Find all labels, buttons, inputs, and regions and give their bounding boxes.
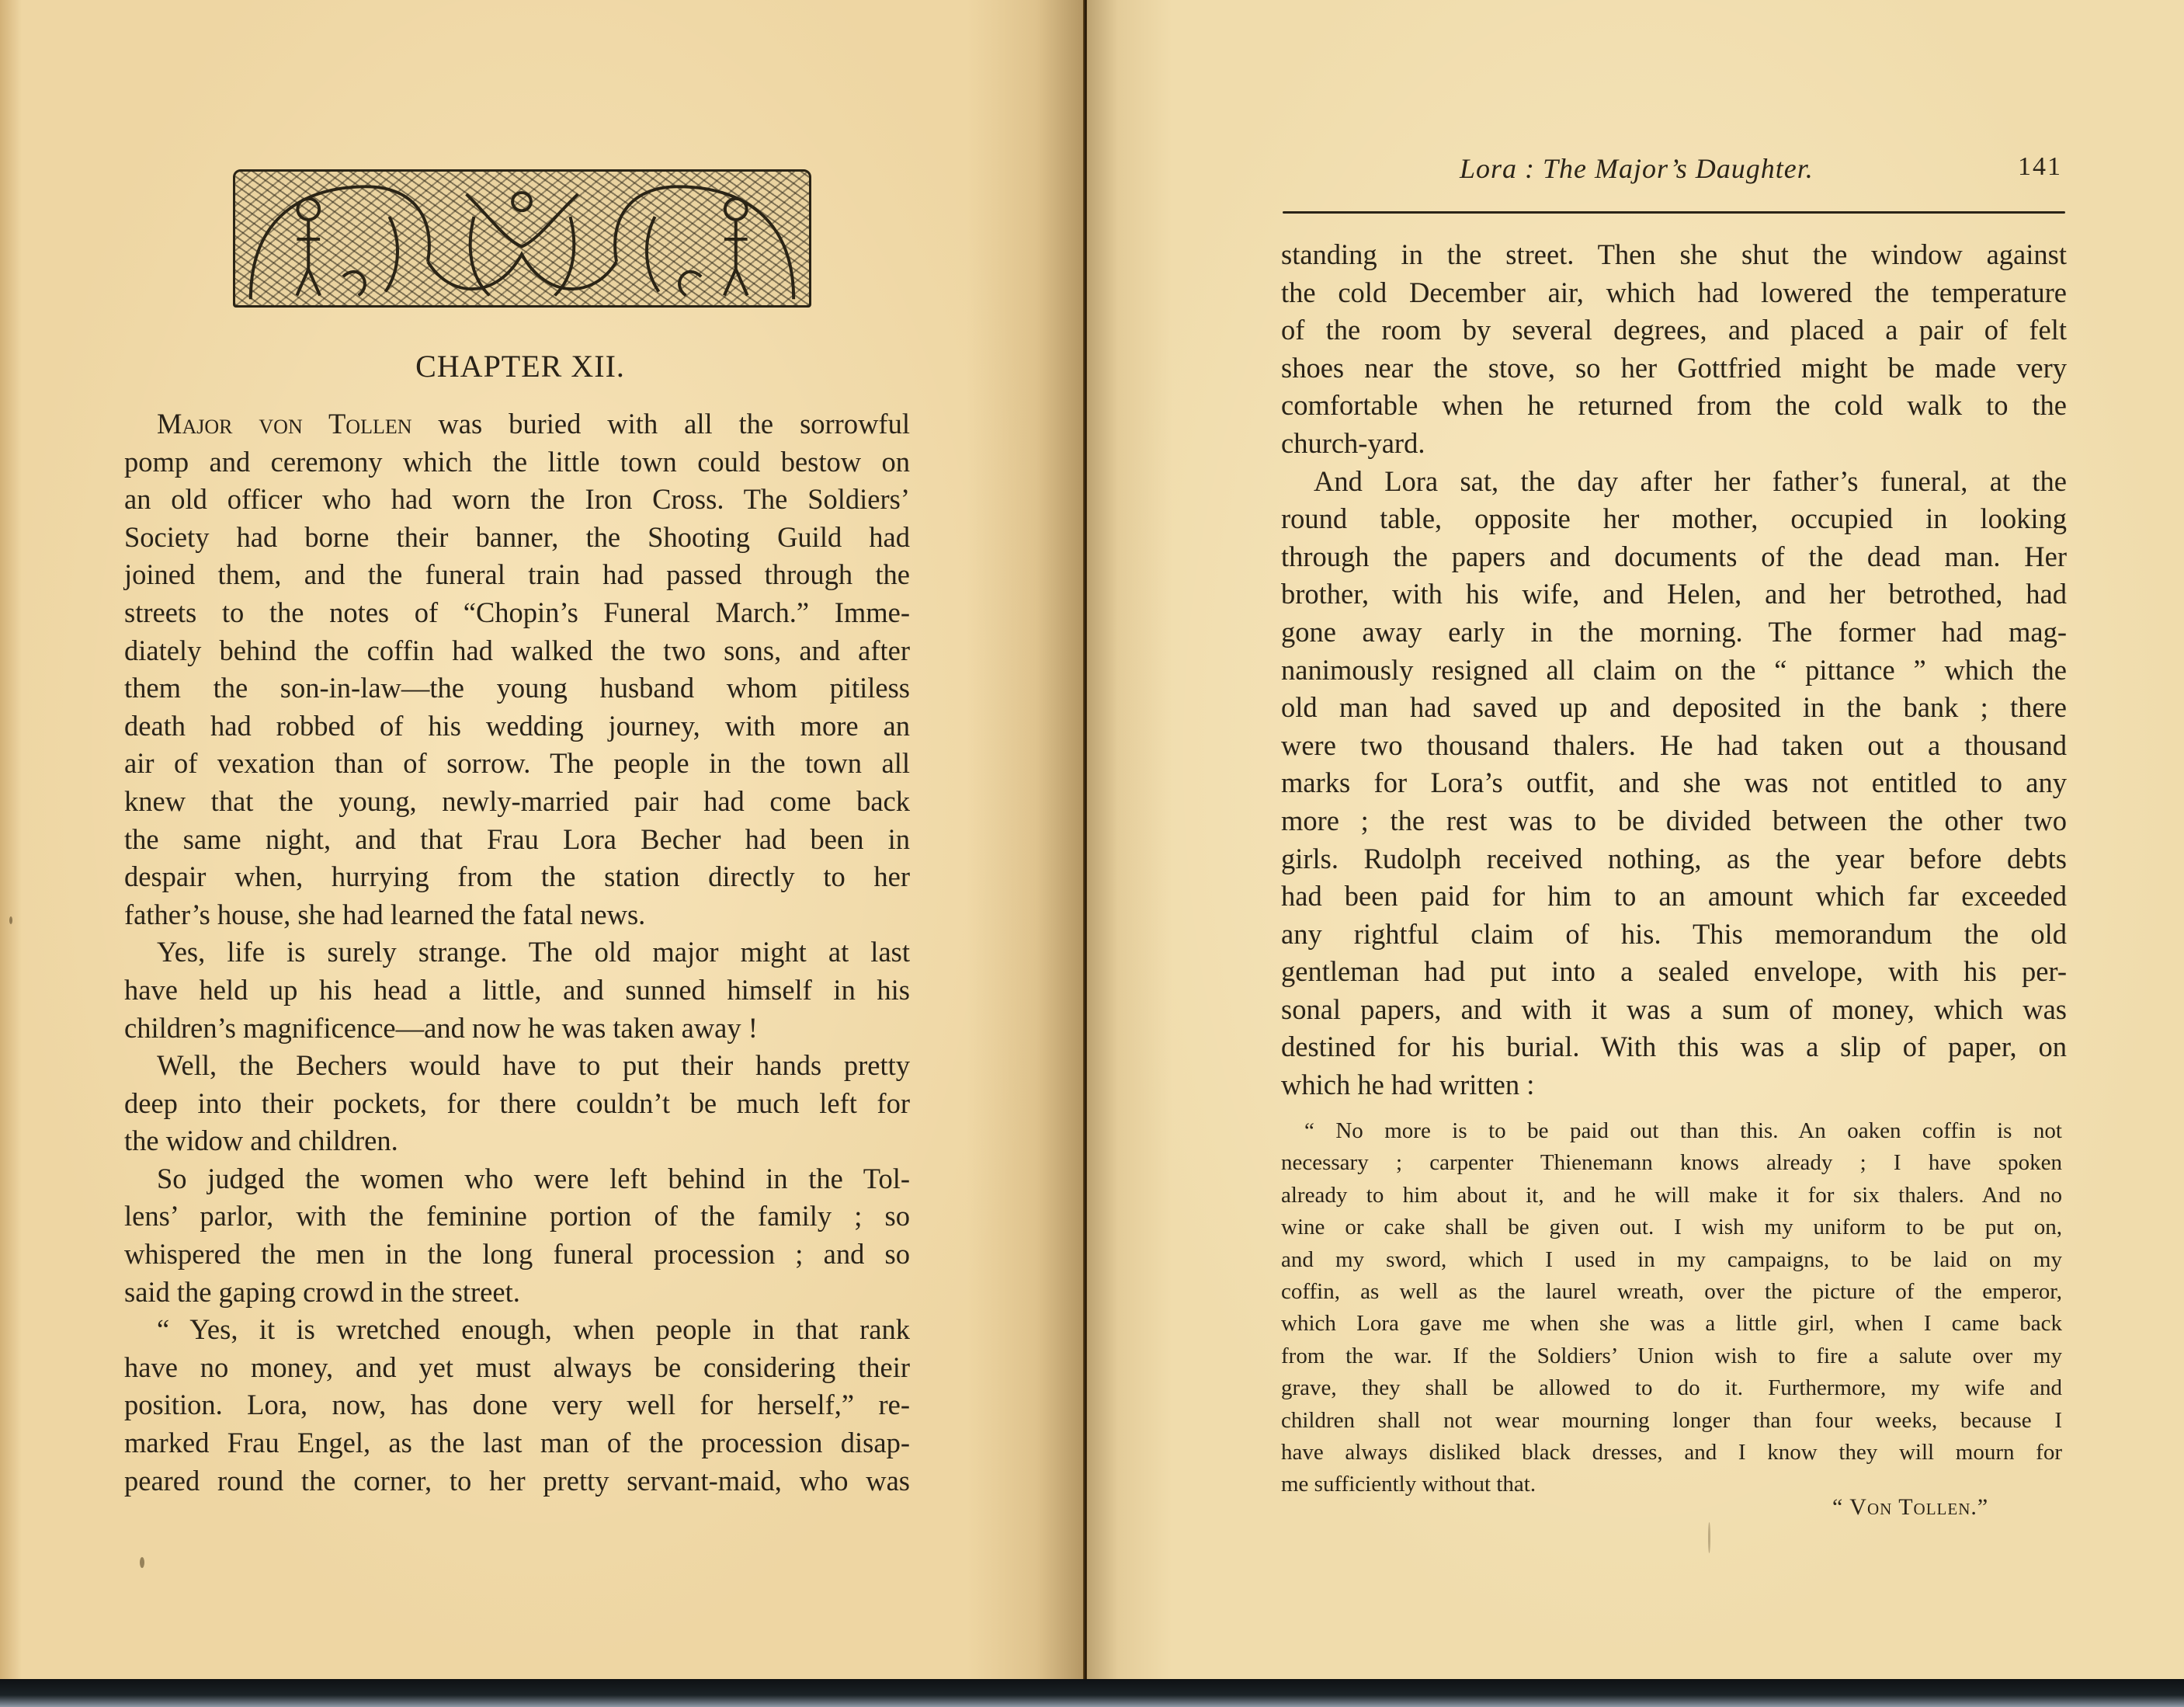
chapter-title: CHAPTER XII. <box>124 348 916 384</box>
running-head: Lora : The Major’s Daughter. 141 <box>1281 152 2067 191</box>
paper-speck <box>9 916 12 924</box>
text-line: joined them, and the funeral train had p… <box>124 556 910 594</box>
text-line: children’s magnificence—and now he was t… <box>124 1010 910 1048</box>
text-line: Major von Tollen was buried with all the… <box>124 405 910 443</box>
text-line: grave, they shall be allowed to do it. F… <box>1281 1372 2062 1404</box>
text-line: the widow and children. <box>124 1122 910 1160</box>
small-caps-lead-in: Major von Tollen <box>157 408 412 440</box>
letter-signature: “ Von Tollen.” <box>1832 1494 1988 1521</box>
text-line: nanimously resigned all claim on the “ p… <box>1281 652 2067 690</box>
text-line: “ No more is to be paid out than this. A… <box>1281 1115 2062 1147</box>
text-line: round table, opposite her mother, occupi… <box>1281 500 2067 538</box>
left-page-body-text: Major von Tollen was buried with all the… <box>124 405 910 1500</box>
text-line: already to him about it, and he will mak… <box>1281 1180 2062 1212</box>
text-line: from the war. If the Soldiers’ Union wis… <box>1281 1340 2062 1372</box>
text-line: pomp and ceremony which the little town … <box>124 443 910 482</box>
text-line: an old officer who had worn the Iron Cro… <box>124 481 910 519</box>
text-line: have no money, and yet must always be co… <box>124 1349 910 1387</box>
text-line: which Lora gave me when she was a little… <box>1281 1308 2062 1340</box>
text-line: more ; the rest was to be divided betwee… <box>1281 802 2067 840</box>
text-line: knew that the young, newly-married pair … <box>124 783 910 821</box>
decorative-headpiece-icon <box>233 169 811 308</box>
cherub-scrollwork-icon <box>235 172 809 305</box>
text-line: girls. Rudolph received nothing, as the … <box>1281 840 2067 878</box>
header-rule <box>1283 211 2065 214</box>
text-line: them the son-in-law—the young husband wh… <box>124 669 910 707</box>
text-line: Well, the Bechers would have to put thei… <box>124 1047 910 1085</box>
text-line: necessary ; carpenter Thienemann knows a… <box>1281 1147 2062 1179</box>
text-line: the cold December air, which had lowered… <box>1281 274 2067 312</box>
text-line: Yes, life is surely strange. The old maj… <box>124 933 910 972</box>
quoted-letter-text: “ No more is to be paid out than this. A… <box>1281 1115 2062 1501</box>
text-line: death had robbed of his wedding journey,… <box>124 707 910 746</box>
text-line: destined for his burial. With this was a… <box>1281 1028 2067 1066</box>
text-line: wine or cake shall be given out. I wish … <box>1281 1212 2062 1243</box>
text-line: diately behind the coffin had walked the… <box>124 632 910 670</box>
text-line: marks for Lora’s outfit, and she was not… <box>1281 764 2067 802</box>
text-line: shoes near the stove, so her Gottfried m… <box>1281 349 2067 388</box>
text-line: church-yard. <box>1281 425 2067 463</box>
text-line: sonal papers, and with it was a sum of m… <box>1281 991 2067 1029</box>
text-line: coffin, as well as the laurel wreath, ov… <box>1281 1276 2062 1308</box>
text-line: of the room by several degrees, and plac… <box>1281 311 2067 349</box>
text-line: marked Frau Engel, as the last man of th… <box>124 1424 910 1462</box>
text-line: and my sword, which I used in my campaig… <box>1281 1244 2062 1276</box>
text-line: standing in the street. Then she shut th… <box>1281 236 2067 274</box>
right-page-body-text: standing in the street. Then she shut th… <box>1281 236 2067 1104</box>
text-line: comfortable when he returned from the co… <box>1281 387 2067 425</box>
text-line: lens’ parlor, with the feminine portion … <box>124 1198 910 1236</box>
paper-crease <box>1708 1522 1710 1553</box>
text-line: brother, with his wife, and Helen, and h… <box>1281 575 2067 614</box>
text-line: position. Lora, now, has done very well … <box>124 1386 910 1424</box>
page-number: 141 <box>2018 152 2062 182</box>
paper-speck <box>140 1557 144 1568</box>
text-line: old man had saved up and deposited in th… <box>1281 689 2067 727</box>
text-line: gentleman had put into a sealed envelope… <box>1281 953 2067 991</box>
text-line: children shall not wear mourning longer … <box>1281 1405 2062 1437</box>
running-head-title: Lora : The Major’s Daughter. <box>1460 152 1814 185</box>
text-line: despair when, hurrying from the station … <box>124 858 910 896</box>
text-line: deep into their pockets, for there could… <box>124 1085 910 1123</box>
text-line: have always disliked black dresses, and … <box>1281 1437 2062 1469</box>
text-line: So judged the women who were left behind… <box>124 1160 910 1198</box>
text-line: gone away early in the morning. The form… <box>1281 614 2067 652</box>
text-line: whispered the men in the long funeral pr… <box>124 1236 910 1274</box>
text-line: have held up his head a little, and sunn… <box>124 972 910 1010</box>
text-line: the same night, and that Frau Lora Beche… <box>124 821 910 859</box>
text-line: said the gaping crowd in the street. <box>124 1274 910 1312</box>
text-line: peared round the corner, to her pretty s… <box>124 1462 910 1500</box>
text-line: any rightful claim of his. This memorand… <box>1281 916 2067 954</box>
text-line: And Lora sat, the day after her father’s… <box>1281 463 2067 501</box>
text-line: through the papers and documents of the … <box>1281 538 2067 576</box>
book-cover-bottom-edge <box>0 1677 2184 1707</box>
text-line: had been paid for him to an amount which… <box>1281 878 2067 916</box>
text-line: streets to the notes of “Chopin’s Funera… <box>124 594 910 632</box>
text-line: Society had borne their banner, the Shoo… <box>124 519 910 557</box>
text-line: air of vexation than of sorrow. The peop… <box>124 745 910 783</box>
text-line: were two thousand thalers. He had taken … <box>1281 727 2067 765</box>
text-line: father’s house, she had learned the fata… <box>124 896 910 934</box>
text-line: which he had written : <box>1281 1066 2067 1104</box>
text-line: “ Yes, it is wretched enough, when peopl… <box>124 1311 910 1349</box>
